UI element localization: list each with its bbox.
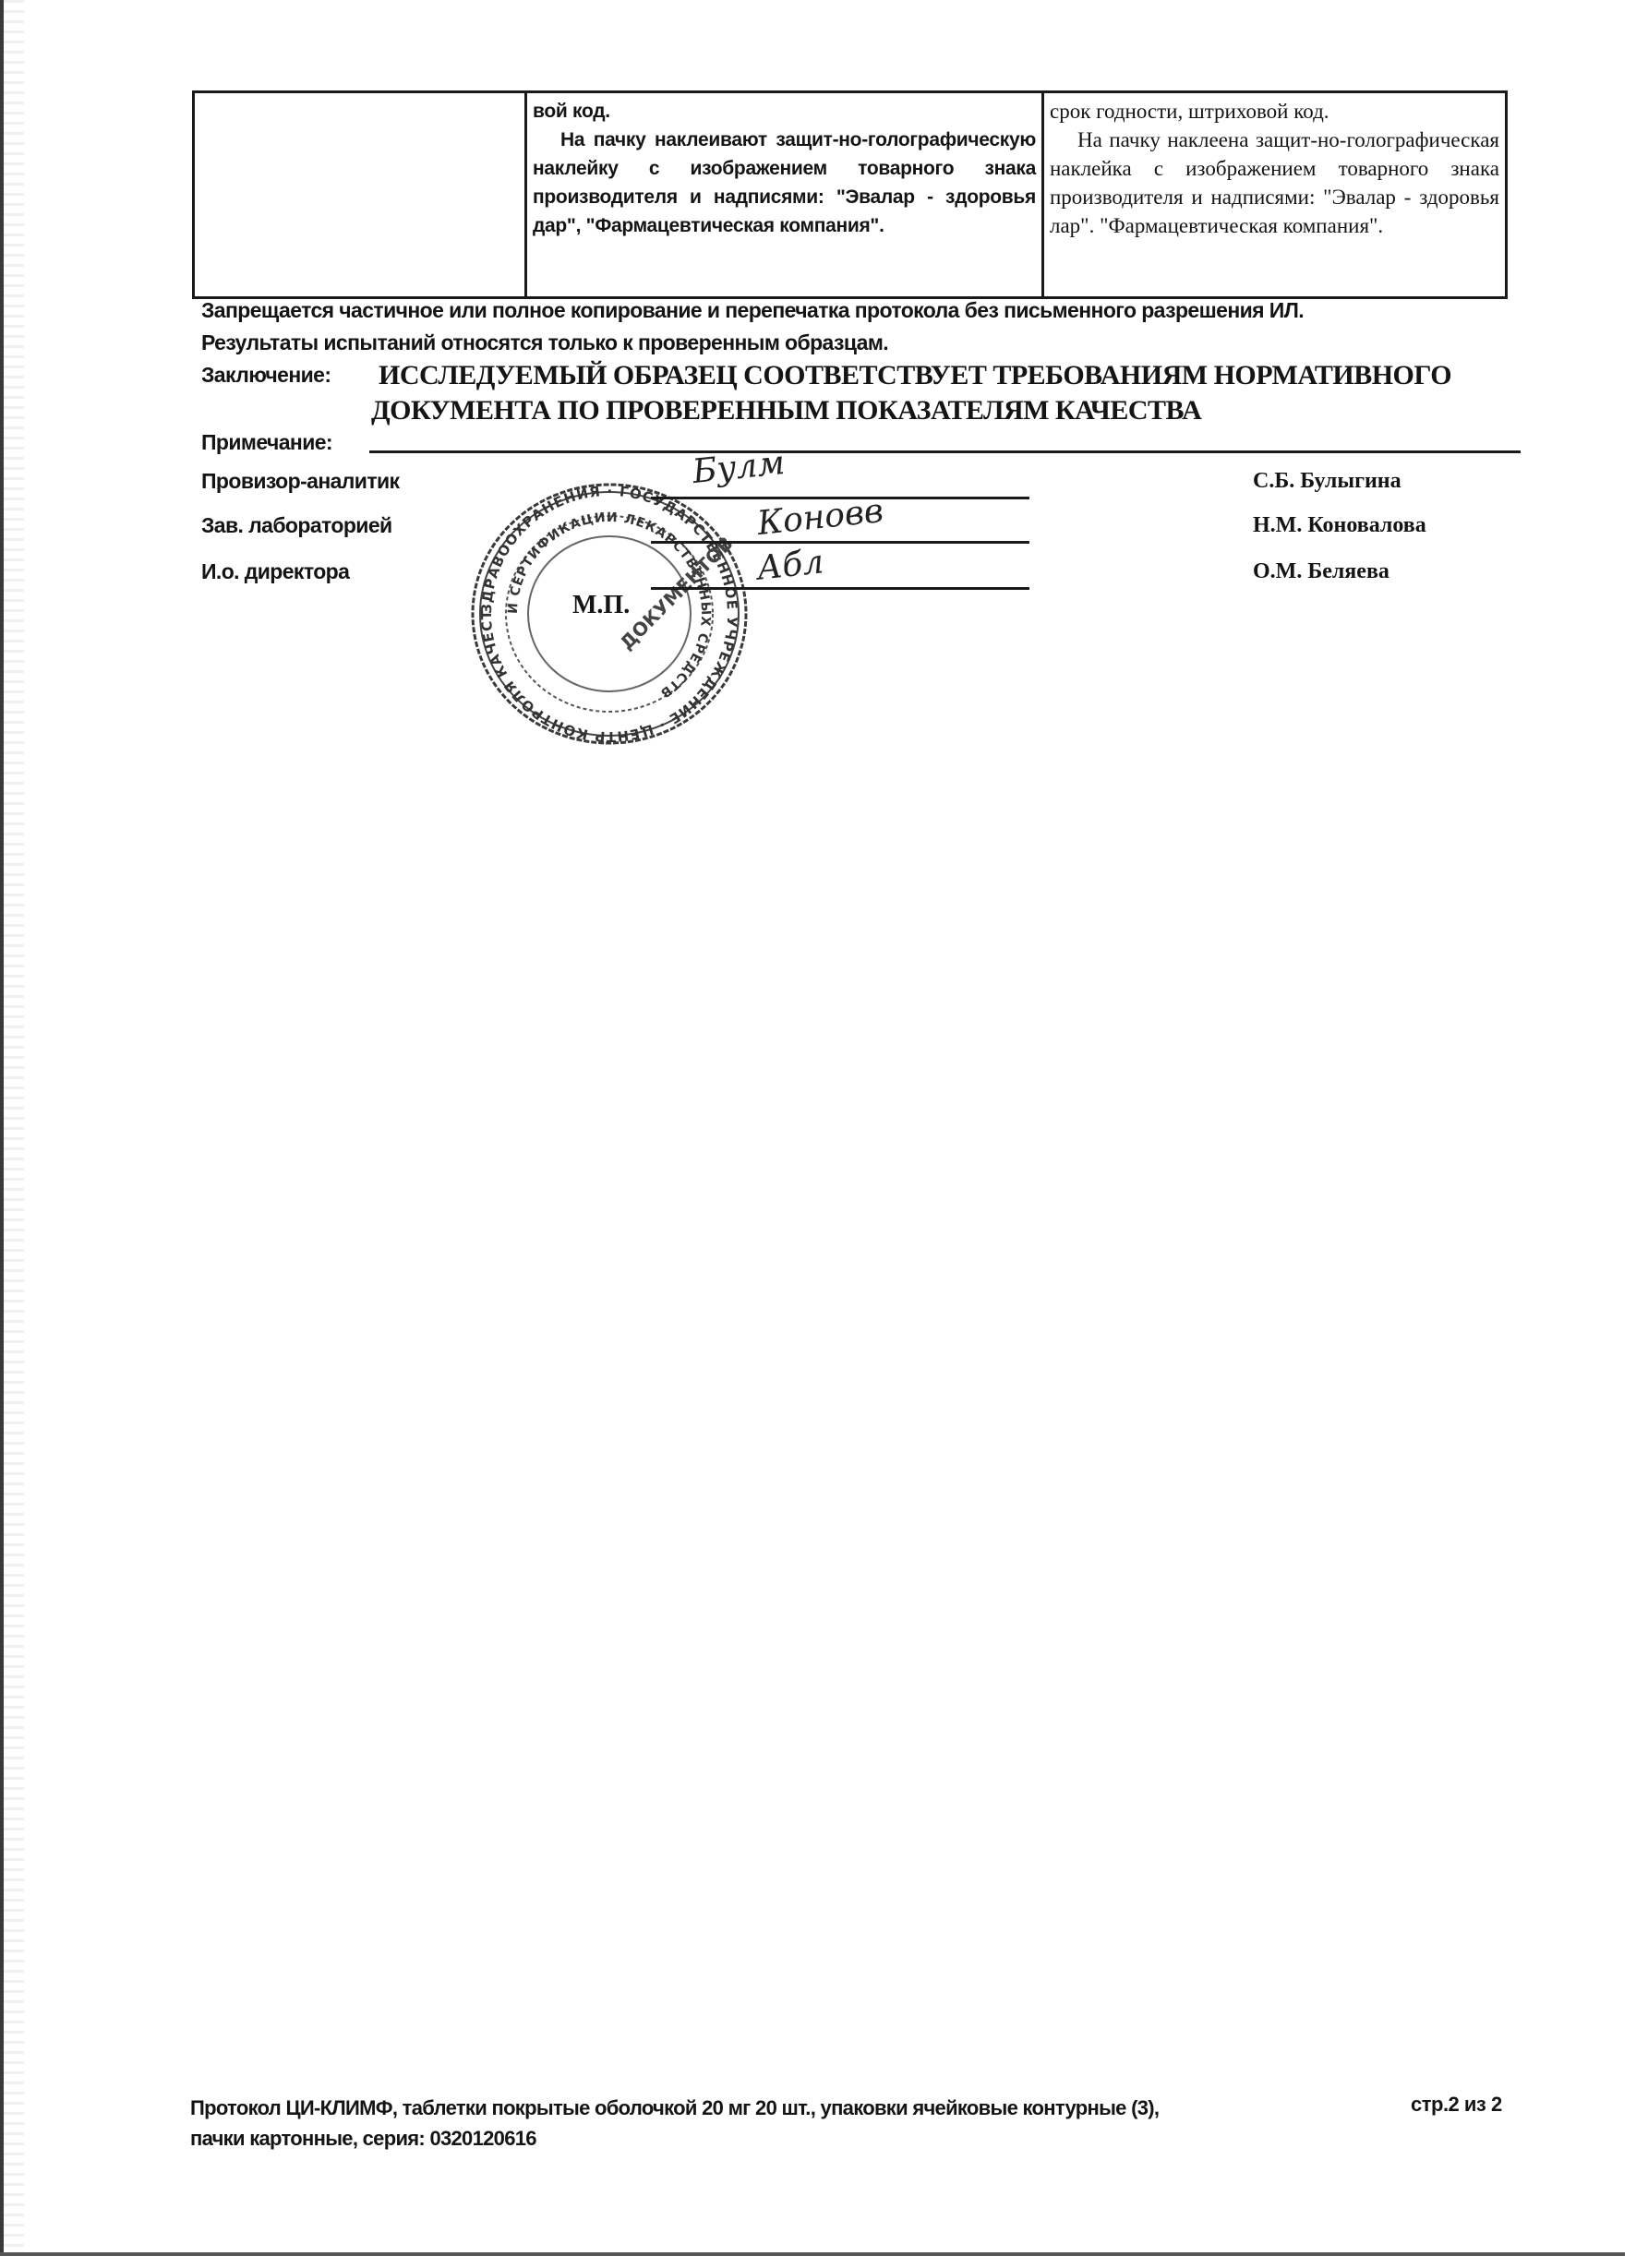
- signatory-name-director: О.М. Беляева: [1253, 559, 1389, 584]
- protocol-footer: Протокол ЦИ-КЛИМФ, таблетки покрытые обо…: [190, 2093, 1159, 2154]
- page-number: стр.2 из 2: [1411, 2093, 1502, 2117]
- conclusion-line2: ДОКУМЕНТА ПО ПРОВЕРЕННЫМ ПОКАЗАТЕЛЯМ КАЧ…: [371, 393, 1444, 428]
- table-cell-requirement: вой код. На пачку наклеивают защит-но-го…: [526, 92, 1043, 298]
- conclusion-text: ИССЛЕДУЕМЫЙ ОБРАЗЕЦ СООТВЕТСТВУЕТ ТРЕБОВ…: [379, 358, 1451, 428]
- scan-bottom-edge: [0, 2252, 1625, 2256]
- footer-line2: пачки картонные, серия: 0320120616: [190, 2123, 1159, 2154]
- signatory-name-lab-head: Н.М. Коновалова: [1253, 513, 1426, 538]
- stamp-mp-label: М.П.: [572, 591, 630, 620]
- signatory-name-analyst: С.Б. Булыгина: [1253, 469, 1401, 494]
- requirement-line1: вой код.: [533, 97, 1036, 126]
- results-scope-notice: Результаты испытаний относятся только к …: [201, 330, 888, 355]
- footer-line1: Протокол ЦИ-КЛИМФ, таблетки покрытые обо…: [190, 2093, 1159, 2123]
- signatory-role-analyst: Провизор-аналитик: [201, 469, 399, 494]
- requirement-paragraph: На пачку наклеивают защит-но-голографиче…: [533, 126, 1036, 240]
- table-cell-parameter: [194, 92, 526, 298]
- specification-table: вой код. На пачку наклеивают защит-но-го…: [192, 90, 1508, 299]
- conclusion-label: Заключение:: [201, 363, 331, 388]
- signature-lab-head: Коновв: [755, 492, 884, 543]
- note-label: Примечание:: [201, 430, 332, 455]
- copy-prohibited-notice: Запрещается частичное или полное копиров…: [201, 298, 1304, 323]
- note-underline: [369, 450, 1521, 453]
- signature-line-director: [651, 587, 1029, 590]
- table-cell-result: срок годности, штриховой код. На пачку н…: [1043, 92, 1507, 298]
- result-paragraph: На пачку наклеена защит-но-голографическ…: [1050, 126, 1499, 240]
- scan-left-speckle: [4, 0, 24, 2252]
- table-row: вой код. На пачку наклеивают защит-но-го…: [194, 92, 1507, 298]
- signature-director: Абл: [755, 543, 825, 587]
- signature-line-lab-head: [651, 541, 1029, 544]
- signatory-role-director: И.о. директора: [201, 559, 349, 584]
- signatory-role-lab-head: Зав. лабораторией: [201, 513, 392, 538]
- conclusion-line1: ИССЛЕДУЕМЫЙ ОБРАЗЕЦ СООТВЕТСТВУЕТ ТРЕБОВ…: [379, 358, 1451, 393]
- result-line1: срок годности, штриховой код.: [1050, 97, 1499, 126]
